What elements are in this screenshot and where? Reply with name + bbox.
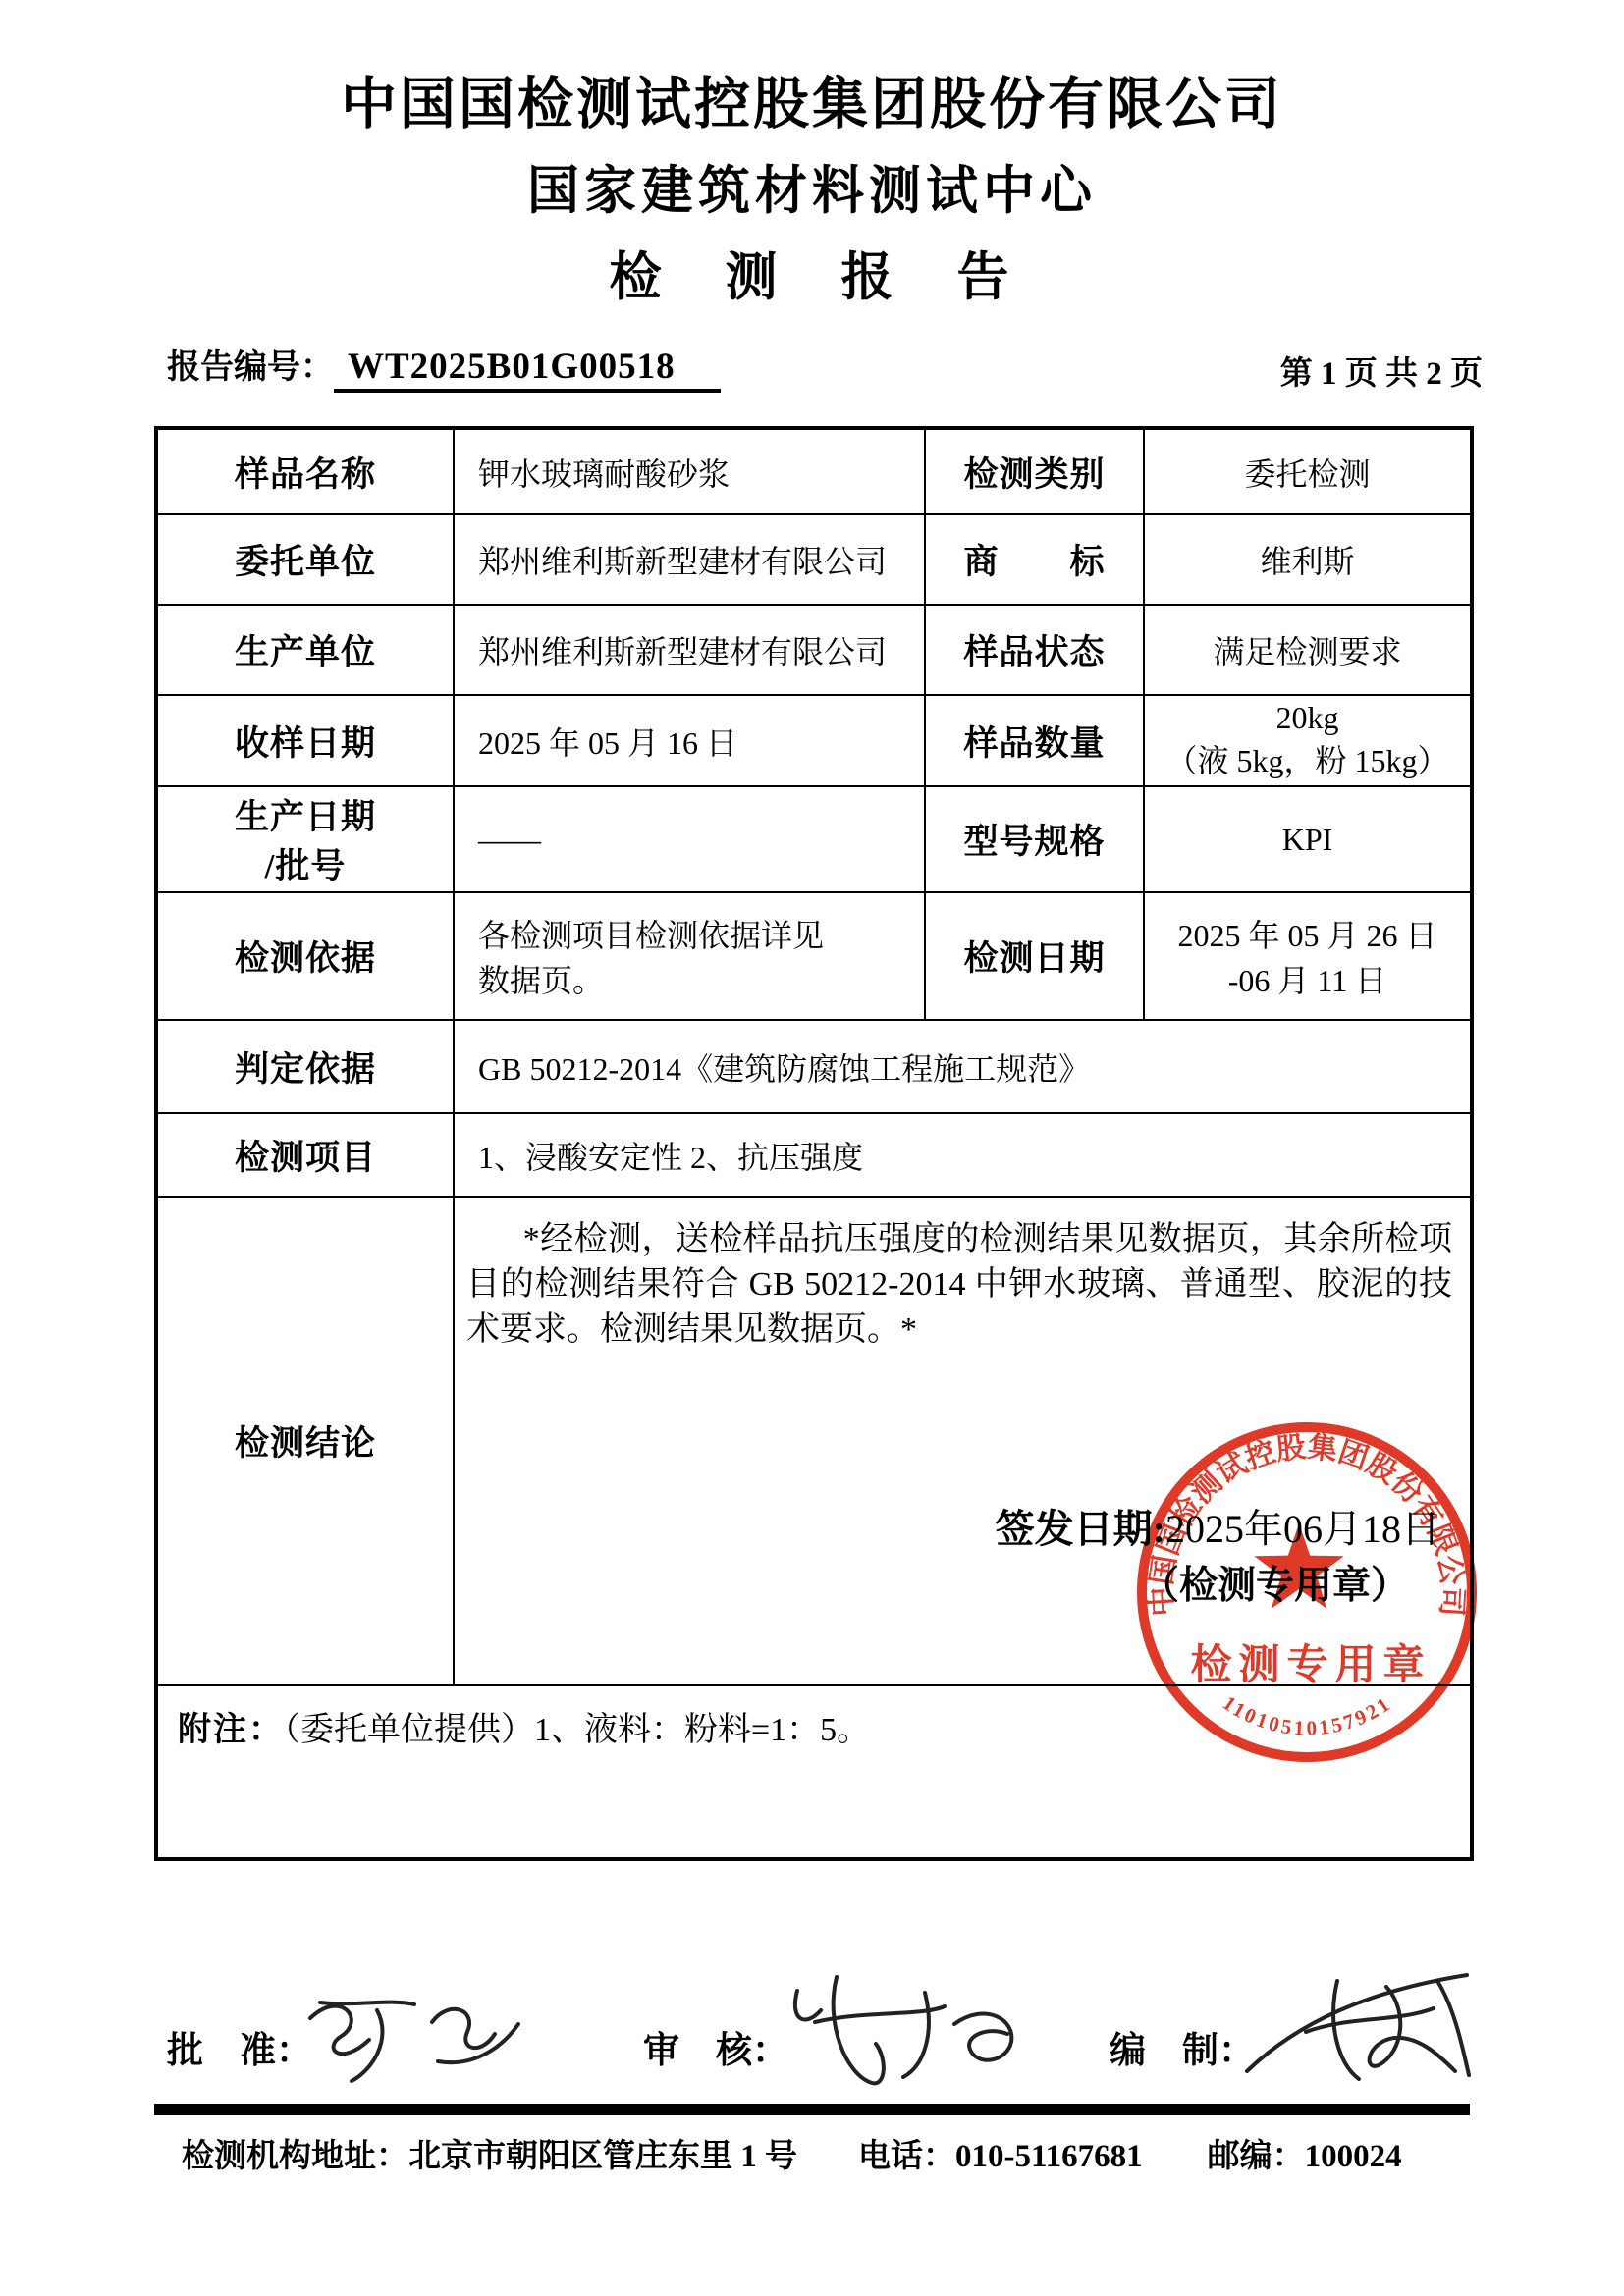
review-label: 审 核： <box>643 2020 788 2073</box>
table-row: 委托单位 郑州维利斯新型建材有限公司 商 标 维利斯 <box>156 514 1472 605</box>
issue-date-line: 签发日期:2025年06月18日 <box>996 1498 1440 1554</box>
sample-state-label: 样品状态 <box>925 605 1144 695</box>
sample-state-value: 满足检测要求 <box>1144 605 1472 695</box>
model-spec-value: KPI <box>1144 786 1472 892</box>
approve-signature <box>283 1971 538 2099</box>
report-no-label: 报告编号： <box>167 349 334 386</box>
center-title: 国家建筑材料测试中心 <box>0 149 1624 224</box>
table-row: 生产单位 郑州维利斯新型建材有限公司 样品状态 满足检测要求 <box>156 605 1472 695</box>
test-date-value: 2025 年 05 月 26 日 -06 月 11 日 <box>1144 892 1472 1020</box>
sample-name-label: 样品名称 <box>156 428 454 514</box>
conclusion-text: *经检测，送检样品抗压强度的检测结果见数据页，其余所检项目的检测结果符合 GB … <box>455 1198 1470 1354</box>
footer-phone-label: 电话： <box>858 2139 955 2174</box>
producer-label: 生产单位 <box>156 605 454 695</box>
note-text: （委托单位提供）1、液料：粉料=1：5。 <box>284 1712 870 1748</box>
footer-postcode: 100024 <box>1305 2139 1402 2174</box>
table-row: 判定依据 GB 50212-2014《建筑防腐蚀工程施工规范》 <box>156 1020 1472 1113</box>
production-date-value: —— <box>454 786 925 892</box>
table-row: 检测依据 各检测项目检测依据详见 数据页。 检测日期 2025 年 05 月 2… <box>156 892 1472 1020</box>
judge-basis-value: GB 50212-2014《建筑防腐蚀工程施工规范》 <box>454 1020 1472 1113</box>
trademark-label: 商 标 <box>925 514 1144 605</box>
footer-info: 检测机构地址：北京市朝阳区管庄东里 1 号电话：010-51167681邮编：1… <box>182 2130 1402 2176</box>
trademark-value: 维利斯 <box>1144 514 1472 605</box>
note-label: 附注： <box>178 1712 284 1748</box>
table-row: 生产日期 /批号 —— 型号规格 KPI <box>156 786 1472 892</box>
issue-date-label: 签发日期: <box>996 1507 1165 1551</box>
report-table: 样品名称 钾水玻璃耐酸砂浆 检测类别 委托检测 委托单位 郑州维利斯新型建材有限… <box>154 426 1474 1861</box>
production-date-label: 生产日期 /批号 <box>156 786 454 892</box>
review-signature <box>776 1963 1041 2101</box>
footer-divider <box>154 2104 1470 2115</box>
footer-phone: 010-51167681 <box>955 2139 1143 2174</box>
test-date-label: 检测日期 <box>925 892 1144 1020</box>
producer-value: 郑州维利斯新型建材有限公司 <box>454 605 925 695</box>
stamp-caption: （检测专用章） <box>1141 1555 1409 1610</box>
prepare-signature <box>1219 1961 1494 2104</box>
sample-qty-label: 样品数量 <box>925 695 1144 786</box>
test-report-page: 中国国检测试控股集团股份有限公司 国家建筑材料测试中心 检 测 报 告 报告编号… <box>0 0 1624 2296</box>
test-basis-label: 检测依据 <box>156 892 454 1020</box>
report-meta-line: 报告编号：WT2025B01G00518 第 1 页 共 2 页 <box>167 340 1483 400</box>
page-indicator: 第 1 页 共 2 页 <box>1280 347 1483 394</box>
report-no-value: WT2025B01G00518 <box>334 347 721 393</box>
receive-date-label: 收样日期 <box>156 695 454 786</box>
receive-date-value: 2025 年 05 月 16 日 <box>454 695 925 786</box>
judge-basis-label: 判定依据 <box>156 1020 454 1113</box>
footer-address-label: 检测机构地址： <box>182 2139 408 2174</box>
table-row-conclusion: 检测结论 *经检测，送检样品抗压强度的检测结果见数据页，其余所检项目的检测结果符… <box>156 1197 1472 1685</box>
table-row: 样品名称 钾水玻璃耐酸砂浆 检测类别 委托检测 <box>156 428 1472 514</box>
footer-address: 北京市朝阳区管庄东里 1 号 <box>408 2139 797 2174</box>
test-category-label: 检测类别 <box>925 428 1144 514</box>
issue-date-value: 2025年06月18日 <box>1165 1507 1440 1551</box>
conclusion-label: 检测结论 <box>156 1197 454 1685</box>
table-row: 检测项目 1、浸酸安定性 2、抗压强度 <box>156 1113 1472 1197</box>
model-spec-label: 型号规格 <box>925 786 1144 892</box>
test-basis-value: 各检测项目检测依据详见 数据页。 <box>454 892 925 1020</box>
table-row-note: 附注：（委托单位提供）1、液料：粉料=1：5。 <box>156 1685 1472 1859</box>
client-value: 郑州维利斯新型建材有限公司 <box>454 514 925 605</box>
test-items-value: 1、浸酸安定性 2、抗压强度 <box>454 1113 1472 1197</box>
test-category-value: 委托检测 <box>1144 428 1472 514</box>
report-title: 检 测 报 告 <box>0 236 1624 310</box>
sample-qty-value: 20kg （液 5kg，粉 15kg） <box>1144 695 1472 786</box>
stamp-type-text: 检测专用章 <box>1190 1641 1431 1688</box>
note-cell: 附注：（委托单位提供）1、液料：粉料=1：5。 <box>156 1685 1472 1859</box>
table-row: 收样日期 2025 年 05 月 16 日 样品数量 20kg （液 5kg，粉… <box>156 695 1472 786</box>
footer-postcode-label: 邮编： <box>1208 2139 1305 2174</box>
conclusion-cell: *经检测，送检样品抗压强度的检测结果见数据页，其余所检项目的检测结果符合 GB … <box>454 1197 1472 1685</box>
client-label: 委托单位 <box>156 514 454 605</box>
company-title: 中国国检测试控股集团股份有限公司 <box>0 0 1624 139</box>
sample-name-value: 钾水玻璃耐酸砂浆 <box>454 428 925 514</box>
test-items-label: 检测项目 <box>156 1113 454 1197</box>
